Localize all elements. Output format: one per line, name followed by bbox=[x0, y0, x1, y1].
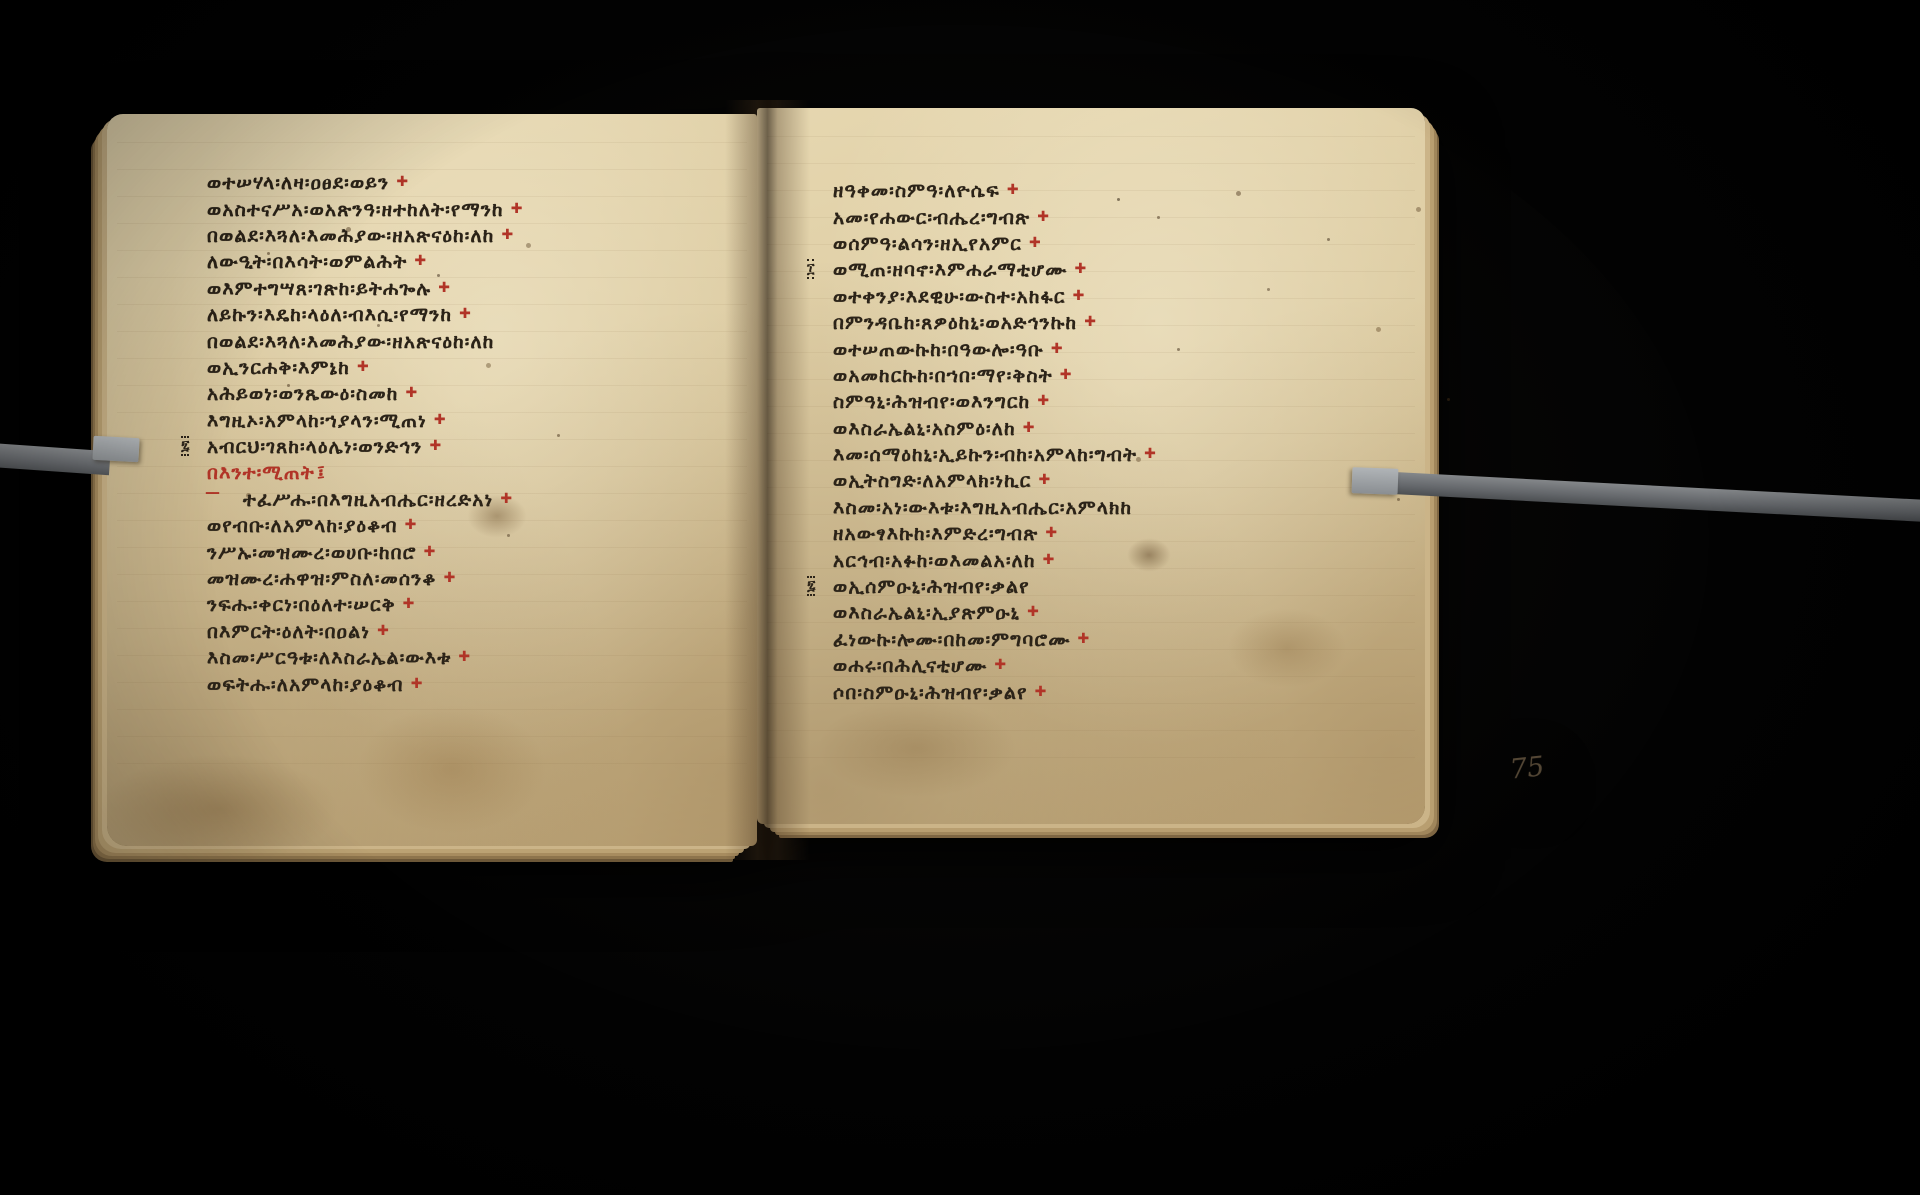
red-cross-mark: ✚ bbox=[1144, 446, 1156, 462]
red-cross-mark: ✚ bbox=[429, 438, 441, 454]
red-cross-mark: ✚ bbox=[500, 491, 512, 507]
geez-text: ተፈሥሑ፡በእግዚአብሔር፡ዘረድአነ bbox=[243, 489, 493, 511]
red-cross-mark: ✚ bbox=[502, 227, 514, 243]
red-cross-mark: ✚ bbox=[396, 174, 408, 190]
geez-text: ወእስራኤልኒ፡ኢያጽምዑኒ bbox=[833, 602, 1020, 624]
text-line: ስምዓኒ፡ሕዝብየ፡ወእንግርከ✚ bbox=[833, 389, 1156, 415]
red-cross-mark: ✚ bbox=[1043, 552, 1055, 568]
text-line: እግዚኦ፡አምላከ፡ኀያላን፡ሚጠነ✚ bbox=[207, 408, 522, 434]
parchment-stain bbox=[99, 754, 339, 864]
page-number-pencil: 75 bbox=[1508, 751, 1545, 785]
text-line: ፈነውኩ፡ሎሙ፡በከመ፡ምግባሮሙ✚ bbox=[833, 627, 1156, 653]
geez-text: ወተቀንያ፡እደዊሁ፡ውስተ፡አከፋር bbox=[833, 286, 1066, 308]
text-line: ሶበ፡ስምዑኒ፡ሕዝብየ፡ቃልየ✚ bbox=[833, 679, 1156, 705]
text-line: ንሥኡ፡መዝሙረ፡ወሀቡ፡ከበሮ✚ bbox=[207, 539, 522, 565]
geez-text: ወሐሩ፡በሕሊናቲሆሙ bbox=[833, 655, 987, 677]
red-cross-mark: ✚ bbox=[1027, 604, 1039, 620]
red-cross-mark: ✚ bbox=[1073, 288, 1085, 304]
text-line: ዘአውፃእኩከ፡እምድረ፡ግብጽ✚ bbox=[833, 521, 1156, 547]
text-line: ወአመከርኩከ፡በኀበ፡ማየ፡ቅስት✚ bbox=[833, 363, 1156, 389]
margin-numeral: ፯ bbox=[181, 436, 189, 456]
red-cross-mark: ✚ bbox=[458, 649, 470, 665]
text-line: ወተቀንያ፡እደዊሁ፡ውስተ፡አከፋር✚ bbox=[833, 284, 1156, 310]
rubric-line: በእንተ፡ሚጠት፤ bbox=[207, 460, 522, 486]
geez-text: በእምርት፡ዕለት፡በዐልነ bbox=[207, 621, 370, 643]
text-line: በወልደ፡እጓለ፡እመሕያው፡ዘአጽናዕከ፡ለከ bbox=[207, 328, 522, 354]
red-cross-mark: ✚ bbox=[1038, 472, 1050, 488]
geez-text: በወልደ፡እጓለ፡እመሕያው፡ዘአጽናዕከ፡ለከ bbox=[207, 331, 495, 353]
geez-text: መዝሙረ፡ሐዋዝ፡ምስለ፡መሰንቆ bbox=[207, 568, 437, 590]
geez-text: ወተሠሃላ፡ለዛ፡ዐፀደ፡ወይን bbox=[207, 172, 389, 194]
red-cross-mark: ✚ bbox=[1060, 367, 1072, 383]
parchment-stain bbox=[817, 698, 1017, 798]
red-cross-mark: ✚ bbox=[405, 385, 417, 401]
red-cross-mark: ✚ bbox=[511, 201, 523, 217]
text-line: መዝሙረ፡ሐዋዝ፡ምስለ፡መሰንቆ✚ bbox=[207, 566, 522, 592]
geez-text: አብርህ፡ገጸከ፡ላዕሌነ፡ወንድኅን bbox=[207, 436, 422, 458]
geez-text: ሶበ፡ስምዑኒ፡ሕዝብየ፡ቃልየ bbox=[833, 682, 1028, 704]
red-cross-mark: ✚ bbox=[444, 570, 456, 586]
red-cross-mark: ✚ bbox=[377, 623, 389, 639]
red-cross-mark: ✚ bbox=[1029, 235, 1041, 251]
red-cross-mark: ✚ bbox=[424, 544, 436, 560]
text-line: በእምርት፡ዕለት፡በዐልነ✚ bbox=[207, 619, 522, 645]
manuscript-book: ወተሠሃላ፡ለዛ፡ዐፀደ፡ወይን✚ወአስተናሥአ፡ወአጽንዓ፡ዘተከለት፡የማን… bbox=[95, 100, 1440, 860]
text-line: ወሐሩ፡በሕሊናቲሆሙ✚ bbox=[833, 653, 1156, 679]
text-line: እመ፡ሰማዕከኒ፡ኢይኩን፡ብከ፡አምላከ፡ግብት✚ bbox=[833, 442, 1156, 468]
text-line: ወተሠሃላ፡ለዛ፡ዐፀደ፡ወይን✚ bbox=[207, 170, 522, 196]
red-cross-mark: ✚ bbox=[1007, 182, 1019, 198]
red-cross-mark: ✚ bbox=[357, 359, 369, 375]
geez-text: ወተሠጠውኩከ፡በዓውሎ፡ዓቡ bbox=[833, 339, 1044, 361]
geez-text: ስምዓኒ፡ሕዝብየ፡ወእንግርከ bbox=[833, 391, 1030, 413]
geez-text: ዘአውፃእኩከ፡እምድረ፡ግብጽ bbox=[833, 523, 1038, 545]
geez-text: ወኢንርሐቅ፡እምኔከ bbox=[207, 357, 350, 379]
red-cross-mark: ✚ bbox=[405, 517, 417, 533]
rubric-terminal-mark: ፤ bbox=[317, 462, 325, 484]
geez-text: እስመ፡ሥርዓቱ፡ለእስራኤል፡ውእቱ bbox=[207, 647, 451, 669]
red-cross-mark: ✚ bbox=[403, 596, 415, 612]
text-line: ፯ወኢሰምዑኒ፡ሕዝብየ፡ቃልየ bbox=[833, 574, 1156, 600]
text-line: ፲ወሚጠ፡ዘባኖ፡እምሐራማቲሆሙ✚ bbox=[833, 257, 1156, 283]
geez-text: ንሥኡ፡መዝሙረ፡ወሀቡ፡ከበሮ bbox=[207, 542, 417, 564]
red-cross-mark: ✚ bbox=[1035, 684, 1047, 700]
geez-text: ንፍሑ፡ቀርነ፡በዕለተ፡ሠርቅ bbox=[207, 594, 396, 616]
geez-text: ወአመከርኩከ፡በኀበ፡ማየ፡ቅስት bbox=[833, 365, 1053, 387]
geez-text: ወኢሰምዑኒ፡ሕዝብየ፡ቃልየ bbox=[833, 576, 1030, 598]
red-cross-mark: ✚ bbox=[1051, 341, 1063, 357]
text-line: ወሰምዓ፡ልሳን፡ዘኢየአምር✚ bbox=[833, 231, 1156, 257]
red-cross-mark: ✚ bbox=[1045, 525, 1057, 541]
text-line: ወተሠጠውኩከ፡በዓውሎ፡ዓቡ✚ bbox=[833, 336, 1156, 362]
text-line: ፯አብርህ፡ገጸከ፡ላዕሌነ፡ወንድኅን✚ bbox=[207, 434, 522, 460]
red-cross-mark: ✚ bbox=[1074, 261, 1086, 277]
red-cross-mark: ✚ bbox=[459, 306, 471, 322]
geez-text: ወሚጠ፡ዘባኖ፡እምሐራማቲሆሙ bbox=[833, 259, 1067, 281]
photograph-of-manuscript: { "scene": { "description": "Open parchm… bbox=[0, 0, 1920, 1195]
text-line: ወእስራኤልኒ፡ኢያጽምዑኒ✚ bbox=[833, 600, 1156, 626]
red-cross-mark: ✚ bbox=[1078, 631, 1090, 647]
text-line: እስመ፡ሥርዓቱ፡ለእስራኤል፡ውእቱ✚ bbox=[207, 645, 522, 671]
text-line: ወኢትስግድ፡ለአምላክ፡ነኪር✚ bbox=[833, 468, 1156, 494]
geez-text: ወኢትስግድ፡ለአምላክ፡ነኪር bbox=[833, 470, 1031, 492]
left-page-text: ወተሠሃላ፡ለዛ፡ዐፀደ፡ወይን✚ወአስተናሥአ፡ወአጽንዓ፡ዘተከለት፡የማን… bbox=[207, 170, 522, 698]
text-line: ንፍሑ፡ቀርነ፡በዕለተ፡ሠርቅ✚ bbox=[207, 592, 522, 618]
red-cross-mark: ✚ bbox=[1037, 209, 1049, 225]
geez-text: አመ፡የሐውር፡ብሔረ፡ግብጽ bbox=[833, 207, 1030, 229]
text-line: ወፍትሑ፡ለአምላከ፡ያዕቆብ✚ bbox=[207, 671, 522, 697]
red-cross-mark: ✚ bbox=[438, 280, 450, 296]
text-line: ለውዒት፡በእሳት፡ወምልሕት✚ bbox=[207, 249, 522, 275]
right-page-text: ዘዓቀመ፡ስምዓ፡ለዮሴፍ✚አመ፡የሐውር፡ብሔረ፡ግብጽ✚ወሰምዓ፡ልሳን፡ዘ… bbox=[833, 178, 1156, 706]
red-cross-mark: ✚ bbox=[994, 657, 1006, 673]
geez-text: በእንተ፡ሚጠት bbox=[207, 462, 315, 484]
geez-text: ወሰምዓ፡ልሳን፡ዘኢየአምር bbox=[833, 233, 1022, 255]
red-cross-mark: ✚ bbox=[414, 253, 426, 269]
margin-dash: — bbox=[205, 483, 220, 501]
red-cross-mark: ✚ bbox=[411, 676, 423, 692]
geez-text: ለውዒት፡በእሳት፡ወምልሕት bbox=[207, 251, 407, 273]
book-strap-left bbox=[0, 437, 111, 476]
text-line: አርኅብ፡አፉከ፡ወእመልአ፡ለከ✚ bbox=[833, 547, 1156, 573]
geez-text: ወየብቡ፡ለአምላከ፡ያዕቆብ bbox=[207, 515, 398, 537]
text-line: ወእምተግሣጸ፡ገጽከ፡ይትሐጐሉ✚ bbox=[207, 276, 522, 302]
text-line: ወእስራኤልኒ፡አስምዕ፡ለከ✚ bbox=[833, 416, 1156, 442]
parchment-stain bbox=[1227, 608, 1347, 688]
text-line: ወየብቡ፡ለአምላከ፡ያዕቆብ✚ bbox=[207, 513, 522, 539]
geez-text: ለይኩን፡እዴከ፡ላዕለ፡ብእሲ፡የማንከ bbox=[207, 304, 452, 326]
red-cross-mark: ✚ bbox=[1037, 393, 1049, 409]
margin-numeral: ፲ bbox=[807, 259, 814, 279]
left-page: ወተሠሃላ፡ለዛ፡ዐፀደ፡ወይን✚ወአስተናሥአ፡ወአጽንዓ፡ዘተከለት፡የማን… bbox=[107, 114, 757, 846]
text-line: በምንዳቤከ፡ጸዎዕከኒ፡ወአድኅንኩከ✚ bbox=[833, 310, 1156, 336]
geez-text: አሕይወነ፡ወንጼውዕ፡ስመከ bbox=[207, 383, 398, 405]
geez-text: ፈነውኩ፡ሎሙ፡በከመ፡ምግባሮሙ bbox=[833, 629, 1071, 651]
geez-text: እመ፡ሰማዕከኒ፡ኢይኩን፡ብከ፡አምላከ፡ግብት bbox=[833, 444, 1137, 466]
parchment-stain bbox=[357, 704, 547, 834]
text-line: እስመ፡አነ፡ውእቱ፡እግዚአብሔር፡አምላክከ bbox=[833, 495, 1156, 521]
red-cross-mark: ✚ bbox=[1023, 420, 1035, 436]
text-line: ወኢንርሐቅ፡እምኔከ✚ bbox=[207, 355, 522, 381]
geez-text: እግዚኦ፡አምላከ፡ኀያላን፡ሚጠነ bbox=[207, 410, 427, 432]
red-cross-mark: ✚ bbox=[1084, 314, 1096, 330]
text-line: —ተፈሥሑ፡በእግዚአብሔር፡ዘረድአነ✚ bbox=[207, 487, 522, 513]
margin-numeral: ፯ bbox=[807, 576, 815, 596]
text-line: ለይኩን፡እዴከ፡ላዕለ፡ብእሲ፡የማንከ✚ bbox=[207, 302, 522, 328]
text-line: ወአስተናሥአ፡ወአጽንዓ፡ዘተከለት፡የማንከ✚ bbox=[207, 196, 522, 222]
geez-text: ወፍትሑ፡ለአምላከ፡ያዕቆብ bbox=[207, 674, 404, 696]
geez-text: ወእስራኤልኒ፡አስምዕ፡ለከ bbox=[833, 418, 1016, 440]
text-line: አሕይወነ፡ወንጼውዕ፡ስመከ✚ bbox=[207, 381, 522, 407]
geez-text: እስመ፡አነ፡ውእቱ፡እግዚአብሔር፡አምላክከ bbox=[833, 497, 1132, 519]
geez-text: አርኅብ፡አፉከ፡ወእመልአ፡ለከ bbox=[833, 550, 1036, 572]
red-cross-mark: ✚ bbox=[434, 412, 446, 428]
text-line: ዘዓቀመ፡ስምዓ፡ለዮሴፍ✚ bbox=[833, 178, 1156, 204]
text-line: በወልደ፡እጓለ፡እመሕያው፡ዘአጽናዕከ፡ለከ✚ bbox=[207, 223, 522, 249]
geez-text: በወልደ፡እጓለ፡እመሕያው፡ዘአጽናዕከ፡ለከ bbox=[207, 225, 495, 247]
geez-text: ዘዓቀመ፡ስምዓ፡ለዮሴፍ bbox=[833, 180, 1000, 202]
geez-text: ወአስተናሥአ፡ወአጽንዓ፡ዘተከለት፡የማንከ bbox=[207, 199, 504, 221]
right-page: ∿∗ 75 ዘዓቀመ፡ስምዓ፡ለዮሴፍ✚አመ፡የሐውር፡ብሔረ፡ግብጽ✚ወሰምዓ… bbox=[757, 108, 1425, 824]
geez-text: በምንዳቤከ፡ጸዎዕከኒ፡ወአድኅንኩከ bbox=[833, 312, 1077, 334]
geez-text: ወእምተግሣጸ፡ገጽከ፡ይትሐጐሉ bbox=[207, 278, 431, 300]
text-line: አመ፡የሐውር፡ብሔረ፡ግብጽ✚ bbox=[833, 204, 1156, 230]
